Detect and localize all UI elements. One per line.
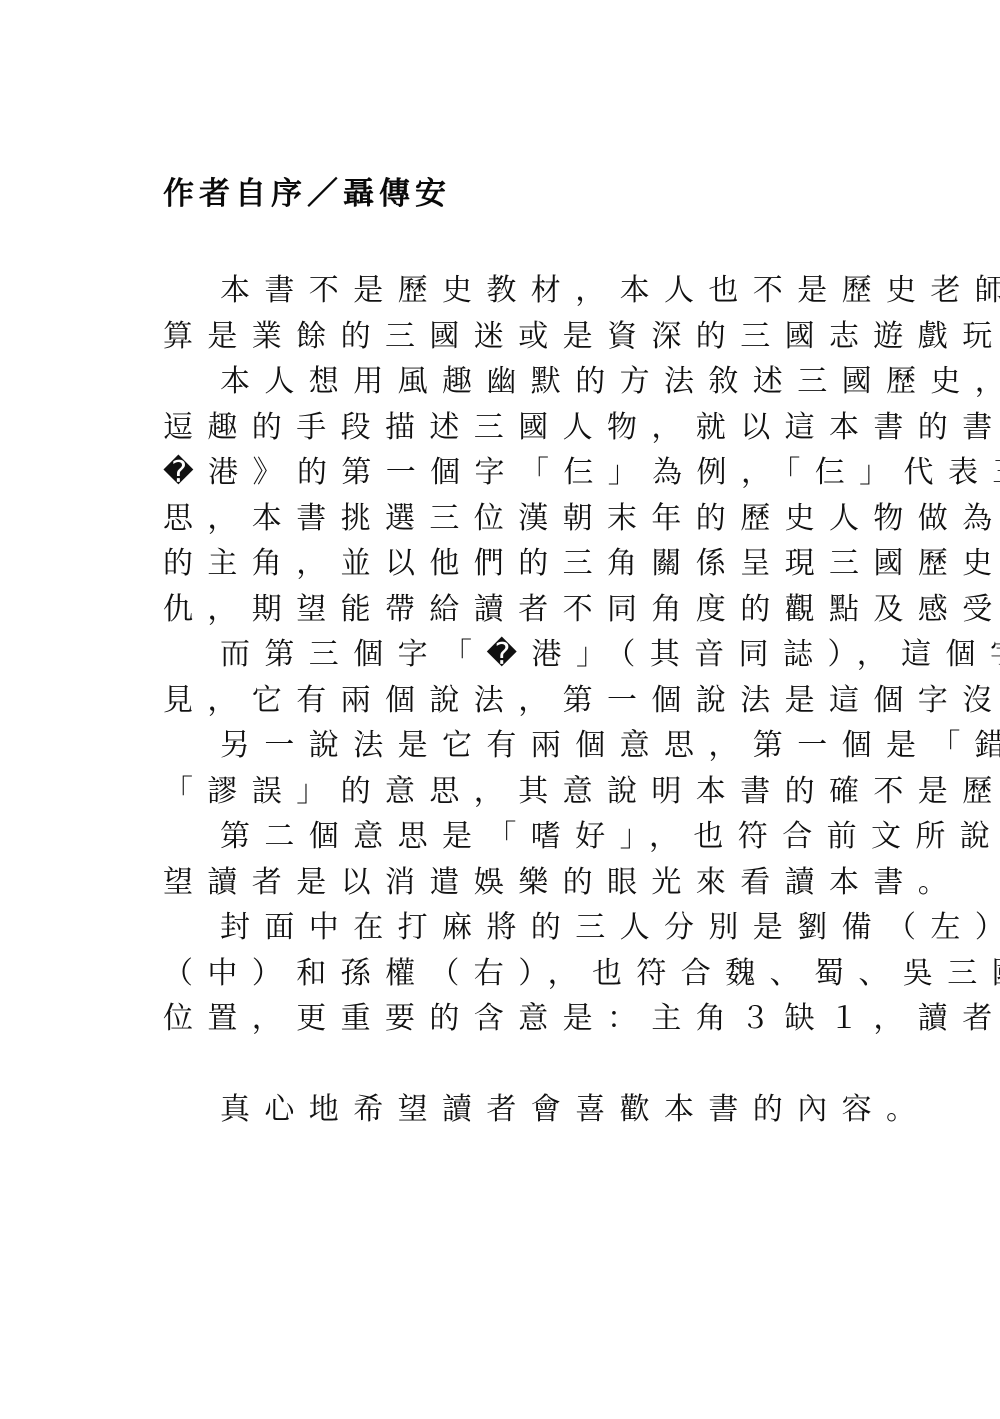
- paragraph-line: 而第三個字「�港」（其音同誌），這個字相當少: [163, 632, 843, 678]
- paragraph-line: 的主角，並以他們的三角關係呈現三國歷史的恩怨情: [163, 541, 843, 587]
- paragraph-line: 本書不是歷史教材，本人也不是歷史老師，頂多: [163, 268, 843, 314]
- paragraph-line: 見，它有兩個說法，第一個說法是這個字沒有定義。: [163, 678, 843, 724]
- paragraph-line: 位置，更重要的含意是：主角３缺１，讀者來加１。: [163, 996, 843, 1042]
- paragraph-line: 算是業餘的三國迷或是資深的三國志遊戲玩家。: [163, 314, 843, 360]
- paragraph-line: 逗趣的手段描述三國人物，就以這本書的書名《仨国: [163, 405, 843, 451]
- paragraph-gap: [163, 1042, 843, 1088]
- paragraph-line: （中）和孫權（右），也符合魏、蜀、吳三國的相對: [163, 951, 843, 997]
- paragraph-line: 本人想用風趣幽默的方法敘述三國歷史，以詼諧: [163, 359, 843, 405]
- paragraph-line: 另一說法是它有兩個意思，第一個是「錯誤」、: [163, 723, 843, 769]
- document-page: 作者自序／聶傳安 本書不是歷史教材，本人也不是歷史老師，頂多 算是業餘的三國迷或…: [0, 0, 1000, 1419]
- paragraph-line: 望讀者是以消遣娛樂的眼光來看讀本書。: [163, 860, 843, 906]
- closing-line: 真心地希望讀者會喜歡本書的內容。: [163, 1087, 843, 1133]
- paragraph-line: 第二個意思是「嗜好」，也符合前文所說的，希: [163, 814, 843, 860]
- paragraph-line: �港》的第一個字「仨」為例，「仨」代表三個人的意: [163, 450, 843, 496]
- preface-body: 本書不是歷史教材，本人也不是歷史老師，頂多 算是業餘的三國迷或是資深的三國志遊戲…: [163, 268, 843, 1133]
- paragraph-line: 「謬誤」的意思，其意說明本書的確不是歷史教材。: [163, 769, 843, 815]
- paragraph-line: 仇，期望能帶給讀者不同角度的觀點及感受。: [163, 587, 843, 633]
- preface-title: 作者自序／聶傳安: [163, 172, 451, 216]
- paragraph-line: 思，本書挑選三位漢朝末年的歷史人物做為每一章節: [163, 496, 843, 542]
- paragraph-line: 封面中在打麻將的三人分別是劉備（左）、曹操: [163, 905, 843, 951]
